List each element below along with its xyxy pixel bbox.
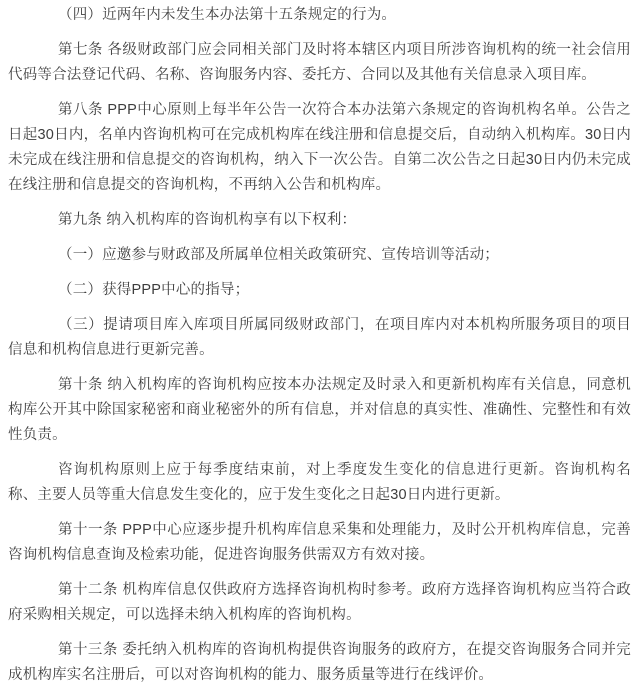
article-9-item-2: （二）获得PPP中心的指导； — [8, 278, 631, 303]
article-11: 第十一条 PPP中心应逐步提升机构库信息采集和处理能力，及时公开机构库信息，完善… — [8, 518, 631, 568]
article-9: 第九条 纳入机构库的咨询机构享有以下权利： — [8, 208, 631, 233]
article-8: 第八条 PPP中心原则上每半年公告一次符合本办法第六条规定的咨询机构名单。公告之… — [8, 98, 631, 198]
article-12: 第十二条 机构库信息仅供政府方选择咨询机构时参考。政府方选择咨询机构应当符合政府… — [8, 578, 631, 628]
article-13: 第十三条 委托纳入机构库的咨询机构提供咨询服务的政府方，在提交咨询服务合同并完成… — [8, 638, 631, 688]
article-7: 第七条 各级财政部门应会同相关部门及时将本辖区内项目所涉咨询机构的统一社会信用代… — [8, 38, 631, 88]
article-10: 第十条 纳入机构库的咨询机构应按本办法规定及时录入和更新机构库有关信息，同意机构… — [8, 373, 631, 448]
article-9-item-3: （三）提请项目库入库项目所属同级财政部门，在项目库内对本机构所服务项目的项目信息… — [8, 313, 631, 363]
document-page: （四）近两年内未发生本办法第十五条规定的行为。 第七条 各级财政部门应会同相关部… — [0, 0, 640, 690]
article-9-item-1: （一）应邀参与财政部及所属单位相关政策研究、宣传培训等活动； — [8, 243, 631, 268]
article-10-para-2: 咨询机构原则上应于每季度结束前，对上季度发生变化的信息进行更新。咨询机构名称、主… — [8, 458, 631, 508]
clause-item-4: （四）近两年内未发生本办法第十五条规定的行为。 — [8, 3, 631, 28]
